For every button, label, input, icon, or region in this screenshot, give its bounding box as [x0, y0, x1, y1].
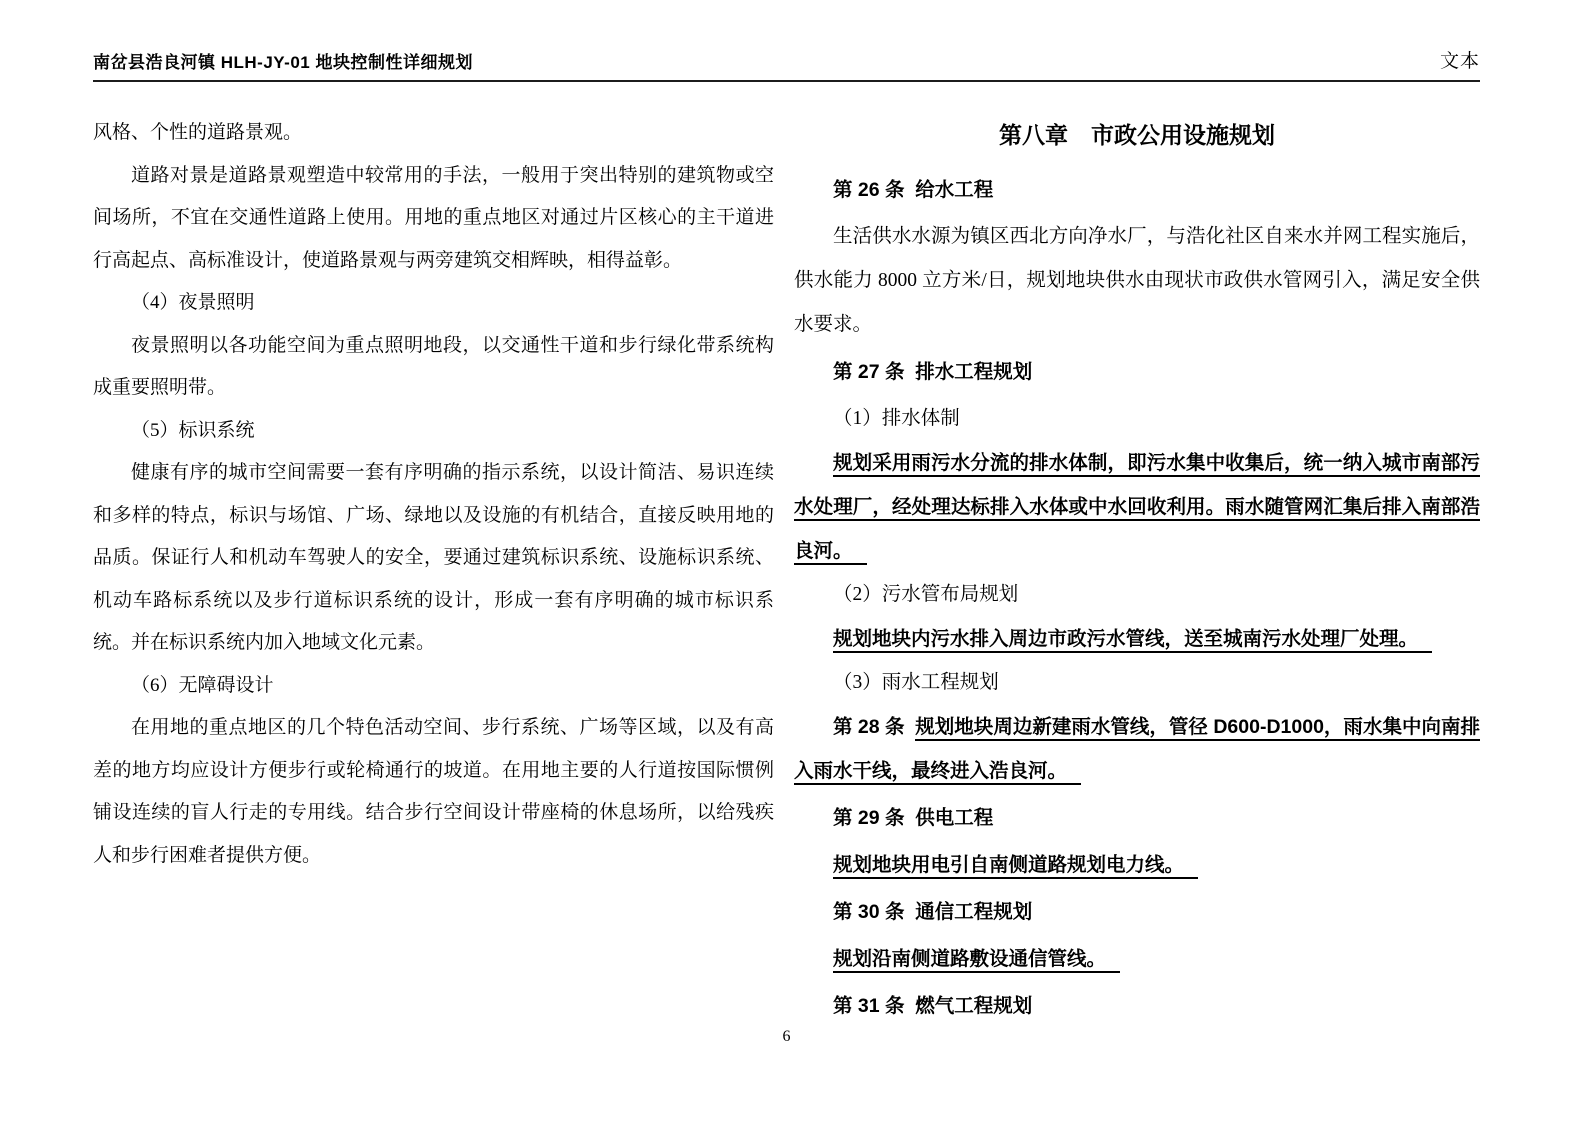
article-number: 第 30 条 [833, 901, 905, 923]
sub-heading-drainage-system: （1）排水体制 [794, 397, 1480, 441]
article-number: 第 29 条 [833, 807, 905, 829]
article-heading-31: 第 31 条燃气工程规划 [794, 984, 1480, 1028]
sub-heading-signage-system: （5）标识系统 [93, 410, 774, 453]
article-heading-27: 第 27 条排水工程规划 [794, 350, 1480, 394]
page-number: 6 [93, 1028, 1480, 1046]
paragraph: 道路对景是道路景观塑造中较常用的手法，一般用于突出特别的建筑物或空间场所，不宜在… [93, 155, 774, 283]
article-heading-30: 第 30 条通信工程规划 [794, 890, 1480, 934]
article-title: 排水工程规划 [915, 361, 1032, 383]
paragraph: 夜景照明以各功能空间为重点照明地段，以交通性干道和步行绿化带系统构成重要照明带。 [93, 325, 774, 410]
page-body: 风格、个性的道路景观。 道路对景是道路景观塑造中较常用的手法，一般用于突出特别的… [93, 112, 1480, 1031]
article-title: 燃气工程规划 [915, 995, 1032, 1017]
article-28: 第 28 条规划地块周边新建雨水管线，管径 D600-D1000，雨水集中向南排… [794, 705, 1480, 793]
sub-heading-night-lighting: （4）夜景照明 [93, 282, 774, 325]
underlined-text: 规划采用雨污水分流的排水体制，即污水集中收集后，统一纳入城市南部污水处理厂，经处… [794, 452, 1480, 565]
left-column: 风格、个性的道路景观。 道路对景是道路景观塑造中较常用的手法，一般用于突出特别的… [93, 112, 774, 1031]
article-title: 供电工程 [915, 807, 993, 829]
article-number: 第 28 条 [833, 716, 905, 738]
sub-heading-barrier-free-design: （6）无障碍设计 [93, 665, 774, 708]
sub-heading-sewage-layout: （2）污水管布局规划 [794, 573, 1480, 617]
article-heading-29: 第 29 条供电工程 [794, 796, 1480, 840]
right-column: 第八章 市政公用设施规划 第 26 条给水工程 生活供水水源为镇区西北方向净水厂… [794, 112, 1480, 1031]
article-title: 通信工程规划 [915, 901, 1032, 923]
article-title: 给水工程 [915, 179, 993, 201]
article-number: 第 31 条 [833, 995, 905, 1017]
article-number: 第 26 条 [833, 179, 905, 201]
paragraph: 风格、个性的道路景观。 [93, 112, 774, 155]
paragraph-water-supply: 生活供水水源为镇区西北方向净水厂，与浩化社区自来水并网工程实施后，供水能力 80… [794, 215, 1480, 347]
article-number: 第 27 条 [833, 361, 905, 383]
paragraph-telecom: 规划沿南侧道路敷设通信管线。 [794, 937, 1480, 981]
paragraph-sewage: 规划地块内污水排入周边市政污水管线，送至城南污水处理厂处理。 [794, 617, 1480, 661]
sub-heading-rainwater-planning: （3）雨水工程规划 [794, 661, 1480, 705]
document-type-label: 文本 [1440, 46, 1480, 73]
document-title: 南岔县浩良河镇 HLH-JY-01 地块控制性详细规划 [93, 48, 473, 73]
paragraph: 健康有序的城市空间需要一套有序明确的指示系统，以设计简洁、易识连续和多样的特点，… [93, 452, 774, 665]
page-header: 南岔县浩良河镇 HLH-JY-01 地块控制性详细规划 文本 [93, 46, 1480, 82]
paragraph: 在用地的重点地区的几个特色活动空间、步行系统、广场等区域，以及有高差的地方均应设… [93, 707, 774, 877]
paragraph-drainage-system: 规划采用雨污水分流的排水体制，即污水集中收集后，统一纳入城市南部污水处理厂，经处… [794, 441, 1480, 573]
chapter-title: 第八章 市政公用设施规划 [794, 112, 1480, 158]
underlined-text: 规划沿南侧道路敷设通信管线。 [833, 948, 1120, 973]
paragraph-power: 规划地块用电引自南侧道路规划电力线。 [794, 843, 1480, 887]
article-heading-26: 第 26 条给水工程 [794, 168, 1480, 212]
underlined-text: 规划地块用电引自南侧道路规划电力线。 [833, 854, 1198, 879]
underlined-text: 规划地块内污水排入周边市政污水管线，送至城南污水处理厂处理。 [833, 628, 1432, 653]
